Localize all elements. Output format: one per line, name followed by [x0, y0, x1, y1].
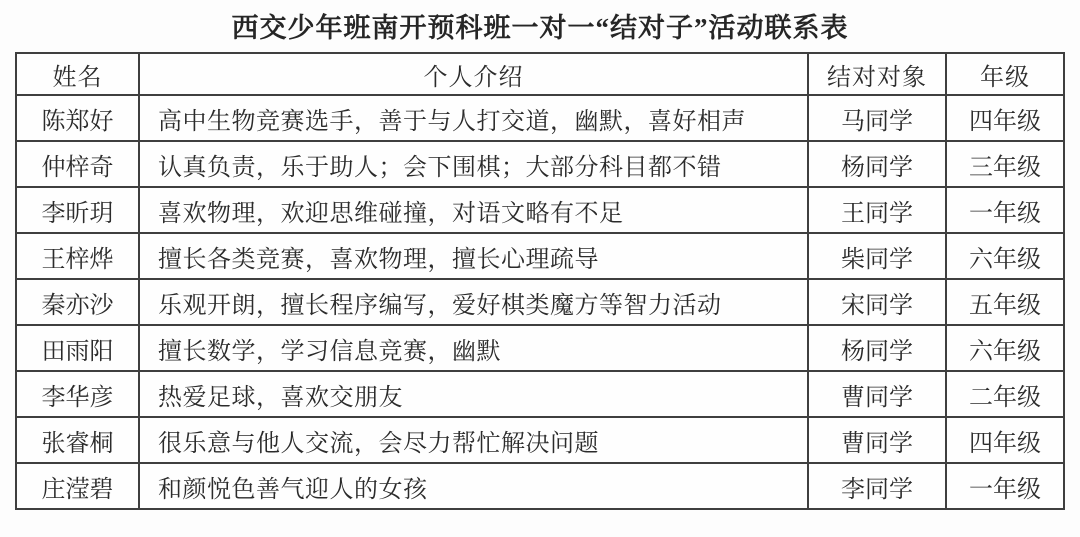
column-header-partner: 结对对象 — [808, 53, 946, 95]
cell-partner: 王同学 — [808, 187, 946, 233]
cell-grade: 三年级 — [946, 141, 1064, 187]
cell-name: 李昕玥 — [16, 187, 139, 233]
cell-grade: 六年级 — [946, 325, 1064, 371]
column-header-intro: 个人介绍 — [139, 53, 808, 95]
cell-grade: 二年级 — [946, 371, 1064, 417]
cell-grade: 六年级 — [946, 233, 1064, 279]
cell-grade: 四年级 — [946, 417, 1064, 463]
table-row: 张睿桐很乐意与他人交流，会尽力帮忙解决问题曹同学四年级 — [16, 417, 1064, 463]
table-row: 陈郑好高中生物竞赛选手，善于与人打交道，幽默，喜好相声马同学四年级 — [16, 95, 1064, 141]
header-row: 姓名个人介绍结对对象年级 — [16, 53, 1064, 95]
cell-partner: 杨同学 — [808, 141, 946, 187]
cell-partner: 曹同学 — [808, 417, 946, 463]
cell-name: 仲梓奇 — [16, 141, 139, 187]
table-row: 田雨阳擅长数学，学习信息竞赛，幽默杨同学六年级 — [16, 325, 1064, 371]
cell-intro: 认真负责，乐于助人；会下围棋；大部分科目都不错 — [139, 141, 808, 187]
cell-intro: 和颜悦色善气迎人的女孩 — [139, 463, 808, 509]
cell-grade: 四年级 — [946, 95, 1064, 141]
column-header-grade: 年级 — [946, 53, 1064, 95]
cell-partner: 杨同学 — [808, 325, 946, 371]
cell-name: 张睿桐 — [16, 417, 139, 463]
cell-grade: 一年级 — [946, 187, 1064, 233]
page-title: 西交少年班南开预科班一对一“结对子”活动联系表 — [0, 0, 1080, 50]
cell-partner: 李同学 — [808, 463, 946, 509]
cell-name: 庄滢碧 — [16, 463, 139, 509]
cell-name: 李华彦 — [16, 371, 139, 417]
cell-partner: 马同学 — [808, 95, 946, 141]
table-row: 李华彦热爱足球，喜欢交朋友曹同学二年级 — [16, 371, 1064, 417]
column-header-name: 姓名 — [16, 53, 139, 95]
page: 西交少年班南开预科班一对一“结对子”活动联系表 姓名个人介绍结对对象年级 陈郑好… — [0, 0, 1080, 537]
cell-intro: 喜欢物理，欢迎思维碰撞，对语文略有不足 — [139, 187, 808, 233]
cell-name: 秦亦沙 — [16, 279, 139, 325]
pairing-contact-table: 姓名个人介绍结对对象年级 陈郑好高中生物竞赛选手，善于与人打交道，幽默，喜好相声… — [15, 52, 1065, 510]
cell-intro: 乐观开朗，擅长程序编写，爱好棋类魔方等智力活动 — [139, 279, 808, 325]
cell-grade: 五年级 — [946, 279, 1064, 325]
table-row: 仲梓奇认真负责，乐于助人；会下围棋；大部分科目都不错杨同学三年级 — [16, 141, 1064, 187]
cell-intro: 热爱足球，喜欢交朋友 — [139, 371, 808, 417]
cell-name: 田雨阳 — [16, 325, 139, 371]
cell-partner: 曹同学 — [808, 371, 946, 417]
cell-partner: 柴同学 — [808, 233, 946, 279]
cell-intro: 擅长各类竞赛，喜欢物理，擅长心理疏导 — [139, 233, 808, 279]
table-row: 庄滢碧和颜悦色善气迎人的女孩李同学一年级 — [16, 463, 1064, 509]
table-row: 王梓烨擅长各类竞赛，喜欢物理，擅长心理疏导柴同学六年级 — [16, 233, 1064, 279]
cell-name: 陈郑好 — [16, 95, 139, 141]
cell-grade: 一年级 — [946, 463, 1064, 509]
cell-name: 王梓烨 — [16, 233, 139, 279]
cell-partner: 宋同学 — [808, 279, 946, 325]
cell-intro: 很乐意与他人交流，会尽力帮忙解决问题 — [139, 417, 808, 463]
table-row: 李昕玥喜欢物理，欢迎思维碰撞，对语文略有不足王同学一年级 — [16, 187, 1064, 233]
table-row: 秦亦沙乐观开朗，擅长程序编写，爱好棋类魔方等智力活动宋同学五年级 — [16, 279, 1064, 325]
cell-intro: 擅长数学，学习信息竞赛，幽默 — [139, 325, 808, 371]
table-body: 陈郑好高中生物竞赛选手，善于与人打交道，幽默，喜好相声马同学四年级仲梓奇认真负责… — [16, 95, 1064, 509]
cell-intro: 高中生物竞赛选手，善于与人打交道，幽默，喜好相声 — [139, 95, 808, 141]
